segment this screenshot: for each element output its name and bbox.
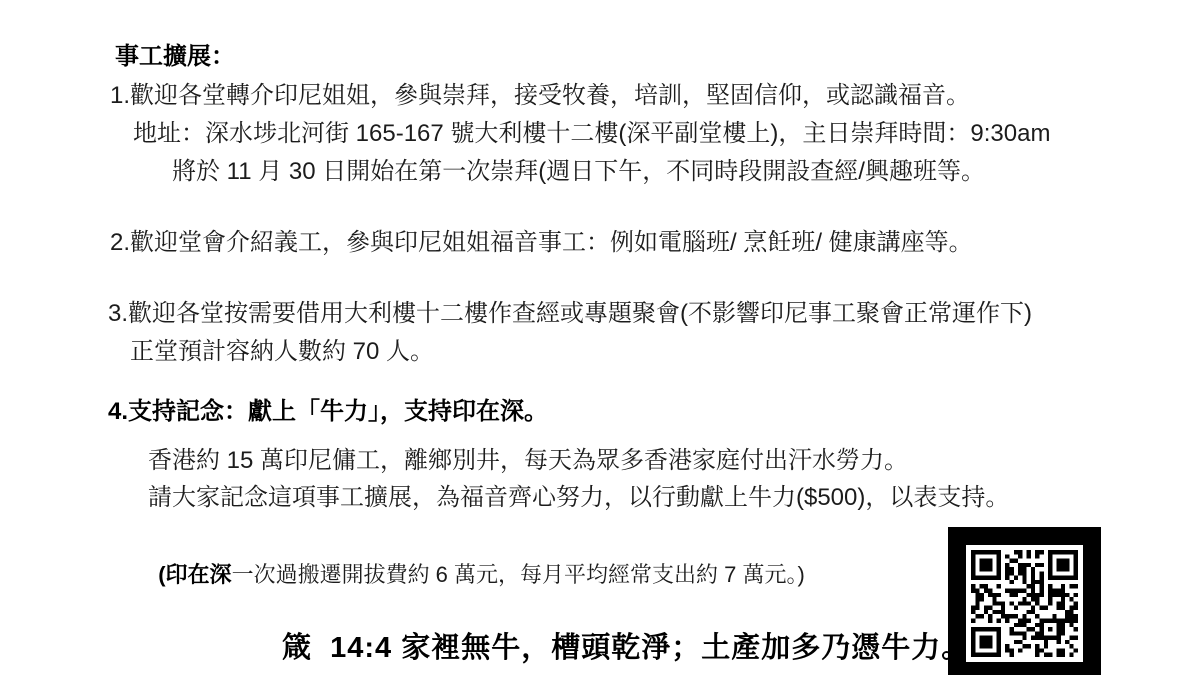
qr-code-quiet-zone xyxy=(966,545,1083,662)
cost-note-rest: 一次過搬遷開拔費約 6 萬元，每月平均經常支出約 7 萬元。) xyxy=(232,562,805,587)
qr-code xyxy=(948,527,1101,675)
item4-cost-note: (印在深一次過搬遷開拔費約 6 萬元，每月平均經常支出約 7 萬元。) xyxy=(146,533,805,588)
item4-line2: 請大家記念這項事工擴展，為福音齊心努力，以行動獻上牛力($500)，以表支持。 xyxy=(148,483,1009,513)
item1-schedule-line: 將於 11 月 30 日開始在第一次崇拜(週日下午，不同時段開設查經/興趣班等。 xyxy=(172,157,985,187)
item2-line1: 2.歡迎堂會介紹義工，參與印尼姐姐福音事工：例如電腦班/ 烹飪班/ 健康講座等。 xyxy=(110,228,973,258)
item3-line1: 3.歡迎各堂按需要借用大利樓十二樓作查經或專題聚會(不影響印尼事工聚會正常運作下… xyxy=(108,299,1032,329)
page-title: 事工擴展： xyxy=(115,42,235,72)
qr-code-modules xyxy=(971,550,1078,657)
item3-line2: 正堂預計容納人數約 70 人。 xyxy=(130,337,434,367)
scripture-verse: 箴 14:4 家裡無牛，槽頭乾淨；土產加多乃憑牛力。 xyxy=(282,630,971,666)
item4-heading: 4.支持記念：獻上「牛力」，支持印在深。 xyxy=(108,397,548,427)
item1-address-line: 地址：深水埗北河街 165-167 號大利樓十二樓(深平副堂樓上)，主日崇拜時間… xyxy=(133,119,1050,149)
cost-note-bold-prefix: (印在深 xyxy=(158,562,231,587)
item1-line1: 1.歡迎各堂轉介印尼姐姐，參與崇拜，接受牧養，培訓，堅固信仰，或認識福音。 xyxy=(110,81,970,111)
item4-line1: 香港約 15 萬印尼傭工，離鄉別井，每天為眾多香港家庭付出汗水勞力。 xyxy=(148,446,908,476)
